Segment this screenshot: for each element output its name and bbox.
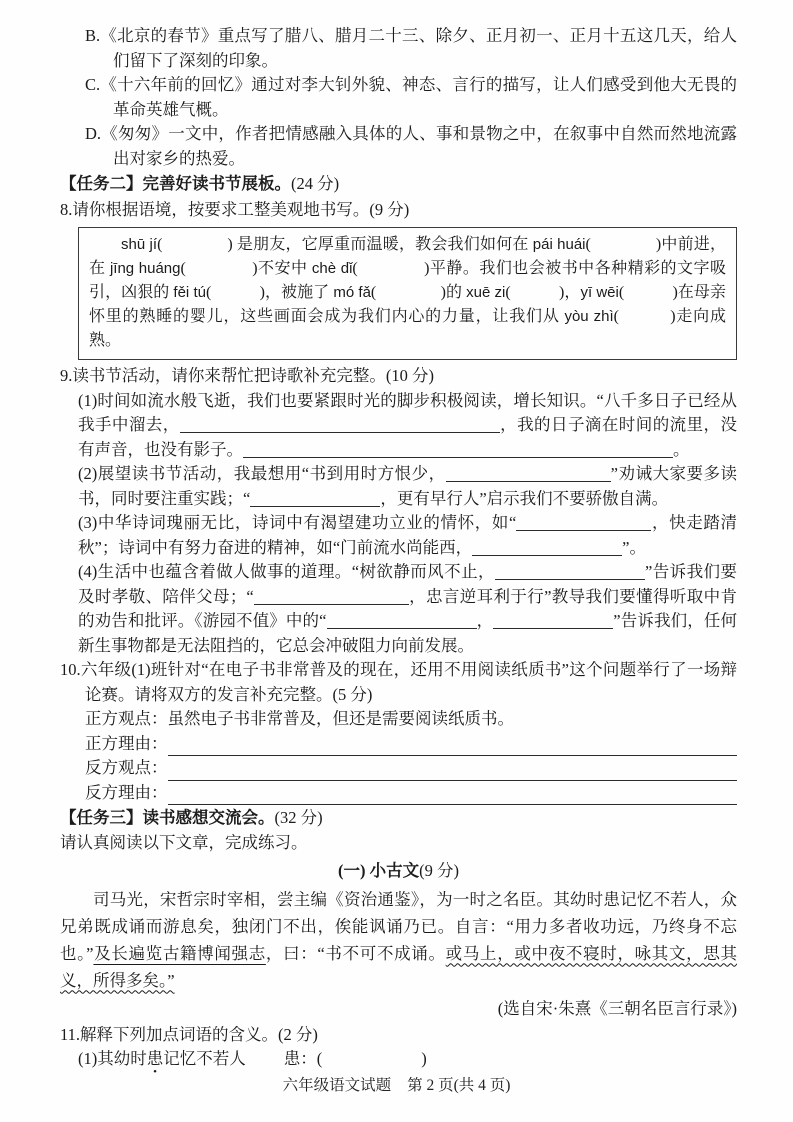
- q9-item-2: (2)展望读书节活动，我最想用“书到用时方恨少，”劝诫大家要多读书，同时要注重实…: [78, 462, 737, 511]
- task2-heading-text: 【任务二】完善好读书节展板。: [60, 174, 291, 193]
- task2-score: (24 分): [291, 174, 339, 193]
- pinyin-run: jīng huáng: [110, 260, 181, 277]
- task3-heading-text: 【任务三】读书感想交流会。: [60, 808, 275, 827]
- reason-blank-line: [168, 786, 738, 805]
- text-run: ，: [477, 611, 494, 630]
- choice-options: B.《北京的春节》重点写了腊八、腊月二十三、除夕、正月初一、正月十五这几天，给人…: [60, 24, 737, 171]
- task2-heading: 【任务二】完善好读书节展板。(24 分): [60, 172, 737, 197]
- q9-item-4: (4)生活中也蕴含着做人做事的道理。“树欲静而风不止，”告诉我们要及时孝敬、陪伴…: [78, 560, 737, 658]
- q10-con-reason: 反方理由：: [85, 781, 737, 806]
- answer-blank: [516, 514, 651, 531]
- answer-blank: [495, 563, 645, 580]
- pinyin-run: shū jí: [121, 236, 157, 253]
- label: 反方理由：: [85, 781, 168, 806]
- exam-page: B.《北京的春节》重点写了腊八、腊月二十三、除夕、正月初一、正月十五这几天，给人…: [0, 0, 793, 1122]
- page-footer: 六年级语文试题第 2 页(共 4 页): [0, 1074, 793, 1099]
- option-d: D.《匆匆》一文中，作者把情感融入具体的人、事和景物之中，在叙事中自然而然地流露…: [85, 122, 737, 171]
- text-run: (1)其幼时: [78, 1049, 147, 1068]
- q9-item-1: (1)时间如流水般飞逝，我们也要紧跟时光的脚步积极阅读，增长知识。“八千多日子已…: [78, 389, 737, 463]
- pinyin-run: xuē zi: [466, 284, 505, 301]
- text-run: ，更有早行人”启示我们不要骄傲自满。: [380, 489, 668, 508]
- pinyin-run: yòu zhì: [564, 308, 613, 325]
- text-run: ( )，: [505, 284, 580, 301]
- q11-title: 11.解释下列加点词语的含义。(2 分): [60, 1023, 737, 1048]
- q10-pro-view: 正方观点：虽然电子书非常普及，但还是需要阅读纸质书。: [85, 707, 737, 732]
- text-run: ( ) 是朋友，它厚重而温暖，教会我们如何在: [157, 236, 533, 253]
- answer-blank: [446, 465, 611, 482]
- q9-title: 9.读书节活动，请你来帮忙把诗歌补充完整。(10 分): [60, 364, 737, 389]
- q11-item-1: (1)其幼时患记忆不若人患：( ): [78, 1047, 737, 1072]
- footer-page-number: 第 2 页(共 4 页): [407, 1077, 510, 1094]
- label: 正方理由：: [85, 732, 168, 757]
- passage-underline-straight: 及长遍览古籍博闻强志: [93, 944, 265, 963]
- answer-blank: [243, 441, 673, 458]
- pinyin-run: pái huái: [533, 236, 586, 253]
- text-run: ”。: [622, 538, 646, 557]
- text-run: ( )不安中: [181, 260, 312, 277]
- task3-intro: 请认真阅读以下文章，完成练习。: [60, 831, 737, 856]
- q10-con-view: 反方观点：: [85, 756, 737, 781]
- section1-title: (一) 小古文(9 分): [60, 859, 737, 884]
- text-run: (2)展望读书节活动，我最想用“书到用时方恨少，: [78, 464, 446, 483]
- task3-score: (32 分): [275, 808, 323, 827]
- q8-box-paragraph: shū jí( ) 是朋友，它厚重而温暖，教会我们如何在 pái huái( )…: [89, 233, 726, 353]
- answer-blank: [254, 588, 409, 605]
- pinyin-run: chè dǐ: [312, 260, 353, 277]
- answer-blank: [180, 416, 500, 433]
- answer-blank: [493, 612, 613, 629]
- q9-item-3: (3)中华诗词瑰丽无比，诗词中有渴望建功立业的情怀，如“，快走踏清秋”；诗词中有…: [78, 511, 737, 560]
- answer-blank: [472, 539, 622, 556]
- reason-blank-line: [168, 762, 738, 781]
- q8-pinyin-writing-box: shū jí( ) 是朋友，它厚重而温暖，教会我们如何在 pái huái( )…: [78, 227, 737, 360]
- reason-blank-line: [168, 737, 738, 756]
- footer-doc-title: 六年级语文试题: [283, 1077, 392, 1094]
- q10-pro-reason: 正方理由：: [85, 732, 737, 757]
- text-run: (3)中华诗词瑰丽无比，诗词中有渴望建功立业的情怀，如“: [78, 513, 516, 532]
- q10-intro: 10.六年级(1)班针对“在电子书非常普及的现在，还用不用阅读纸质书”这个问题举…: [60, 658, 737, 707]
- task3-heading: 【任务三】读书感想交流会。(32 分): [60, 806, 737, 831]
- text-run: (4)生活中也蕴含着做人做事的道理。“树欲静而风不止，: [78, 562, 495, 581]
- section1-score: (9 分): [419, 861, 459, 880]
- text-run: ，曰：“书不可不成诵。: [266, 944, 446, 963]
- section1-title-main: (一) 小古文: [338, 861, 419, 880]
- text-run: ( )，被施了: [206, 284, 333, 301]
- q11-answer-area: 患：( ): [284, 1049, 427, 1068]
- answer-blank: [250, 490, 380, 507]
- pinyin-run: mó fǎ: [333, 284, 371, 301]
- pinyin-run: fěi tú: [173, 284, 206, 301]
- text-run: ( )的: [371, 284, 466, 301]
- text-run: 。: [673, 440, 690, 459]
- passage-paragraph: 司马光，宋哲宗时宰相，尝主编《资治通鉴》，为一时之名臣。其幼时患记忆不若人，众兄…: [60, 886, 737, 994]
- answer-blank: [327, 612, 477, 629]
- text-run: 记忆不若人: [163, 1049, 246, 1068]
- emphasis-dot-word: 患: [147, 1047, 164, 1072]
- classical-passage: 司马光，宋哲宗时宰相，尝主编《资治通鉴》，为一时之名臣。其幼时患记忆不若人，众兄…: [60, 886, 737, 994]
- label: 反方观点：: [85, 756, 168, 781]
- q8-title: 8.请你根据语境，按要求工整美观地书写。(9 分): [60, 198, 737, 223]
- option-c: C.《十六年前的回忆》通过对李大钊外貌、神态、言行的描写，让人们感受到他大无畏的…: [85, 73, 737, 122]
- pinyin-run: yī wēi: [580, 284, 618, 301]
- option-b: B.《北京的春节》重点写了腊八、腊月二十三、除夕、正月初一、正月十五这几天，给人…: [85, 24, 737, 73]
- passage-source: (选自宋·朱熹《三朝名臣言行录》): [60, 996, 737, 1022]
